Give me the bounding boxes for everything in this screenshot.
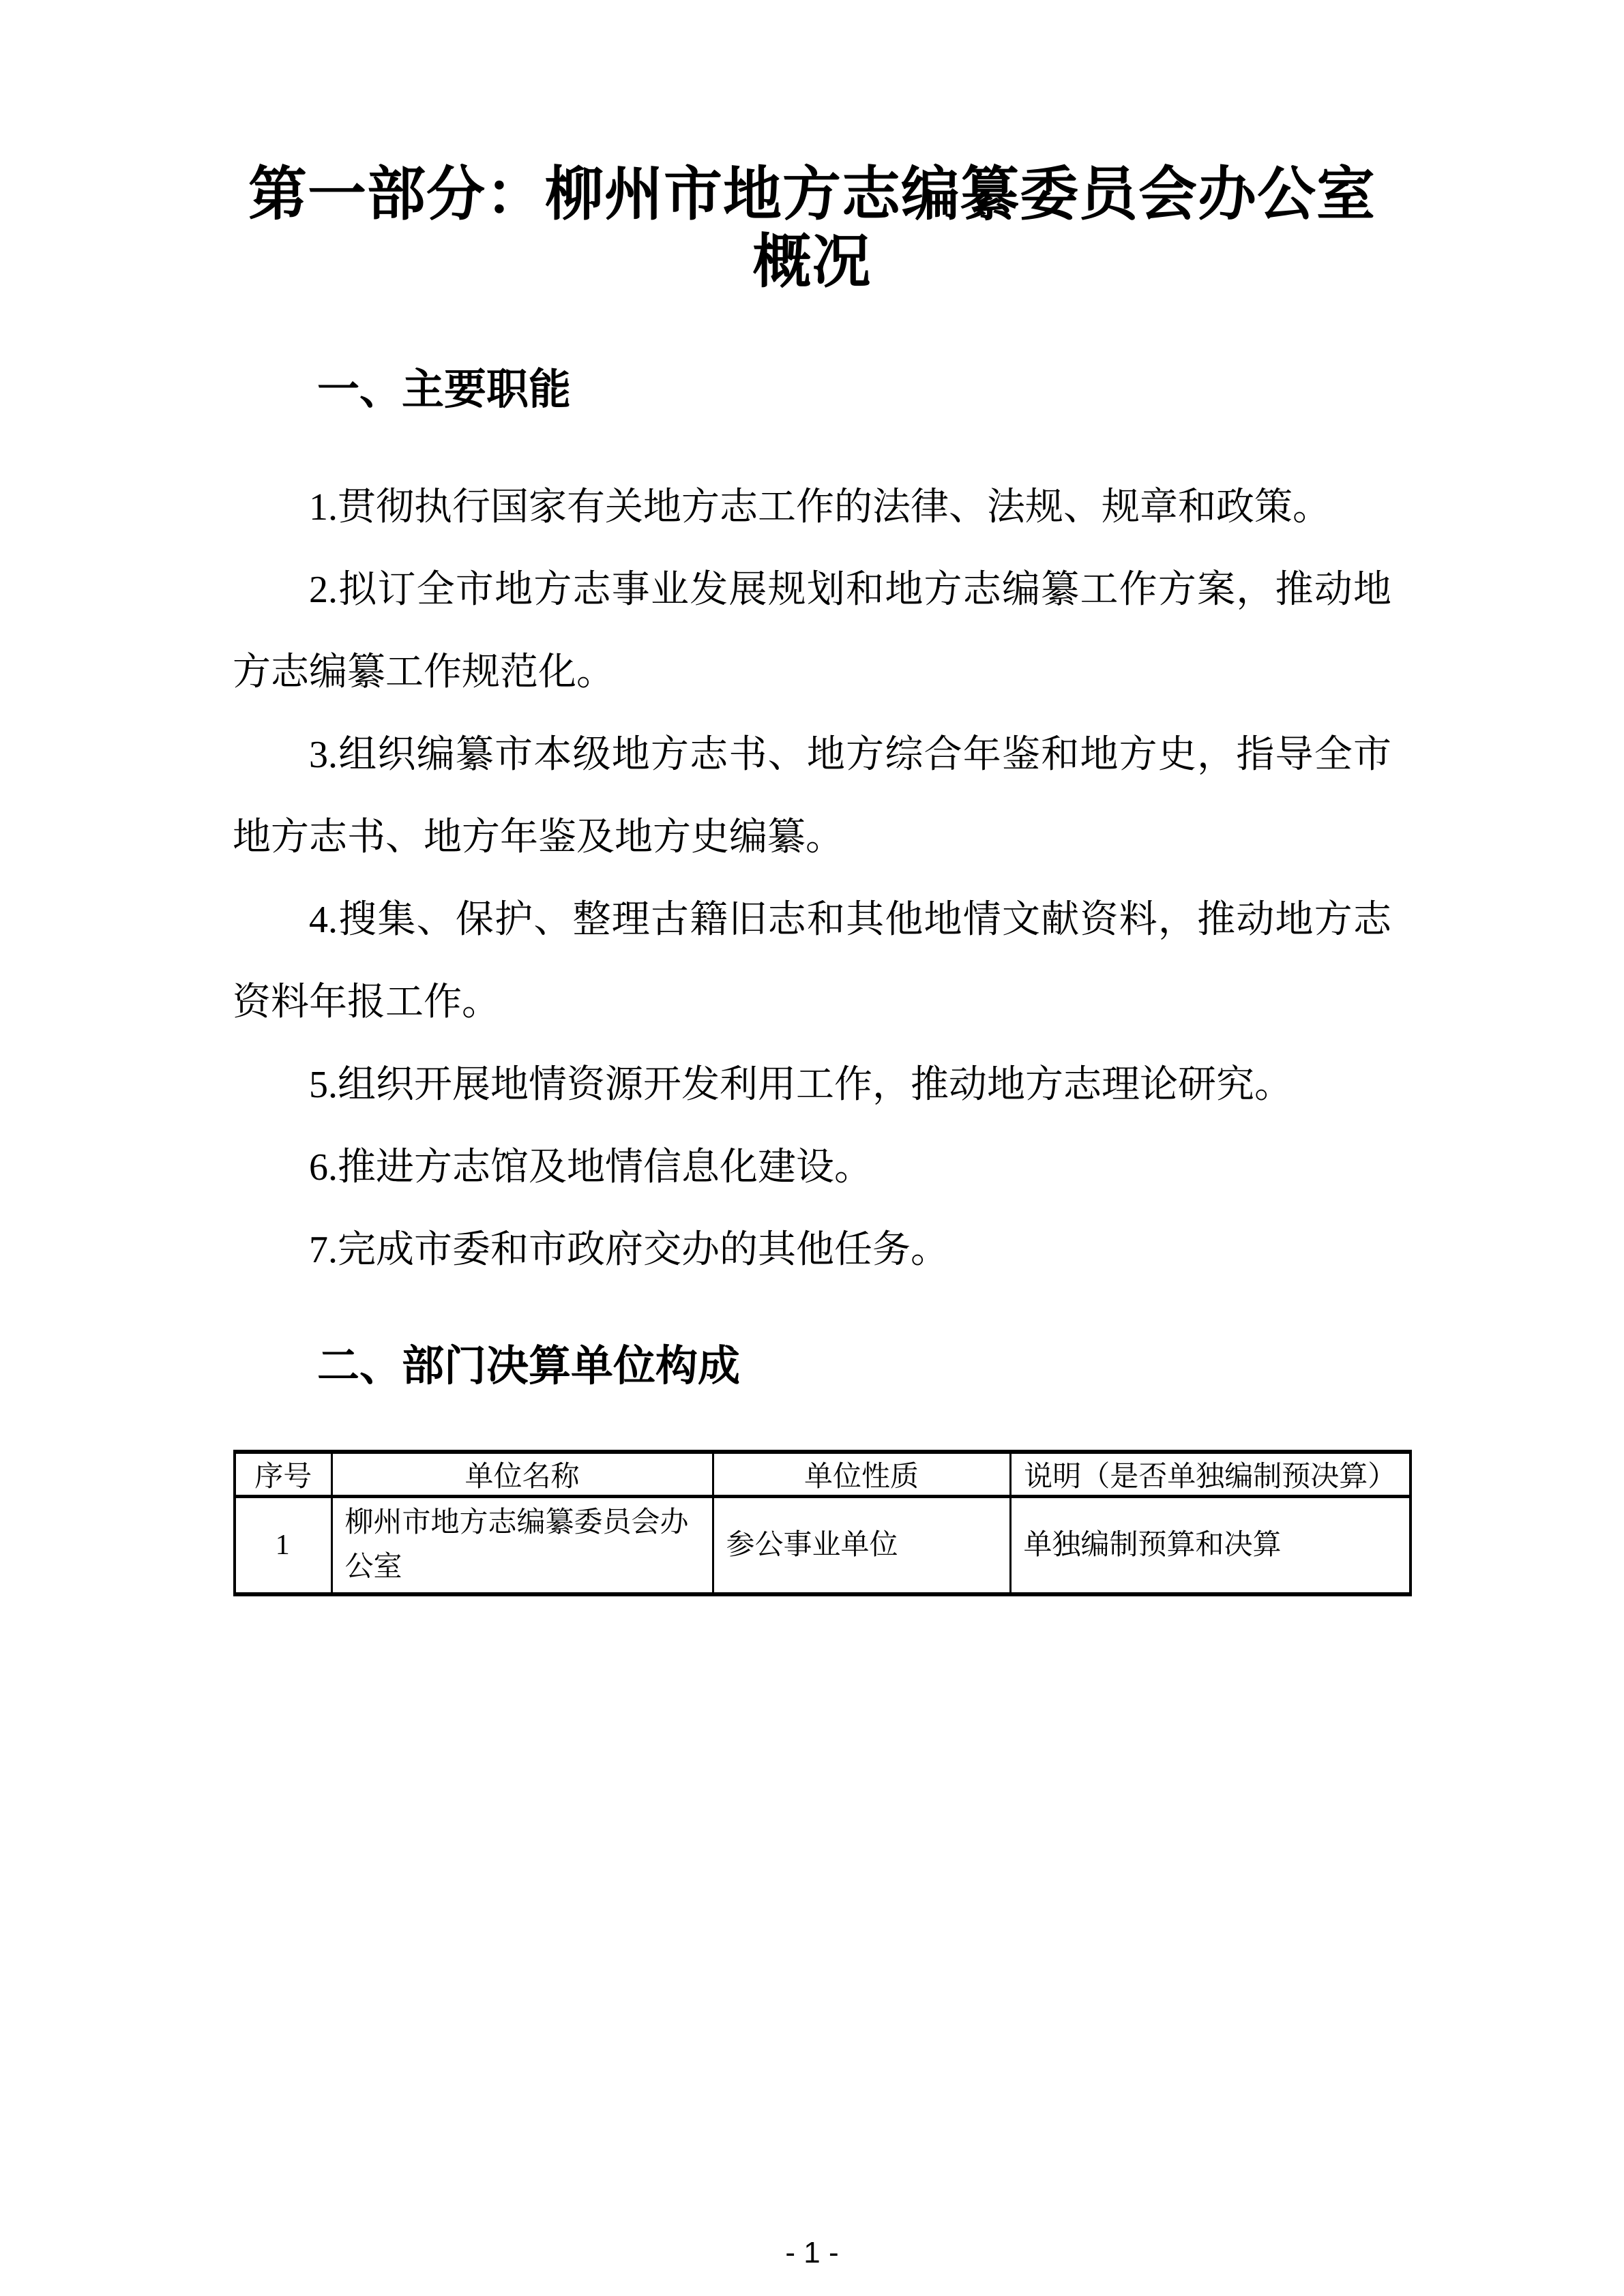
col-header-index: 序号 <box>235 1452 331 1497</box>
cell-unit-name: 柳州市地方志编纂委员会办公室 <box>331 1496 713 1594</box>
section-2-heading: 二、部门决算单位构成 <box>233 1339 1391 1395</box>
function-item-5: 5.组织开展地情资源开发利用工作，推动地方志理论研究。 <box>233 1044 1391 1127</box>
section-1-heading: 一、主要职能 <box>233 363 1391 418</box>
page-number: - 1 - <box>0 2235 1624 2271</box>
col-header-unit-type: 单位性质 <box>713 1452 1010 1497</box>
table-row: 1 柳州市地方志编纂委员会办公室 参公事业单位 单独编制预算和决算 <box>235 1496 1411 1594</box>
function-item-7: 7.完成市委和市政府交办的其他任务。 <box>233 1209 1391 1292</box>
cell-unit-type: 参公事业单位 <box>713 1496 1010 1594</box>
table-header-row: 序号 单位名称 单位性质 说明（是否单独编制预决算） <box>235 1452 1411 1497</box>
function-item-1: 1.贯彻执行国家有关地方志工作的法律、法规、规章和政策。 <box>233 466 1391 549</box>
main-functions-list: 1.贯彻执行国家有关地方志工作的法律、法规、规章和政策。 2.拟订全市地方志事业… <box>233 466 1391 1292</box>
col-header-unit-name: 单位名称 <box>331 1452 713 1497</box>
cell-note: 单独编制预算和决算 <box>1010 1496 1411 1594</box>
function-item-2: 2.拟订全市地方志事业发展规划和地方志编纂工作方案，推动地方志编纂工作规范化。 <box>233 549 1391 714</box>
document-title: 第一部分：柳州市地方志编纂委员会办公室概况 <box>233 161 1391 296</box>
unit-composition-table: 序号 单位名称 单位性质 说明（是否单独编制预决算） 1 柳州市地方志编纂委员会… <box>233 1450 1412 1596</box>
function-item-6: 6.推进方志馆及地情信息化建设。 <box>233 1127 1391 1209</box>
function-item-4: 4.搜集、保护、整理古籍旧志和其他地情文献资料，推动地方志资料年报工作。 <box>233 879 1391 1044</box>
function-item-3: 3.组织编纂市本级地方志书、地方综合年鉴和地方史，指导全市地方志书、地方年鉴及地… <box>233 714 1391 879</box>
cell-index: 1 <box>235 1496 331 1594</box>
document-page: 第一部分：柳州市地方志编纂委员会办公室概况 一、主要职能 1.贯彻执行国家有关地… <box>0 0 1624 2296</box>
col-header-note: 说明（是否单独编制预决算） <box>1010 1452 1411 1497</box>
